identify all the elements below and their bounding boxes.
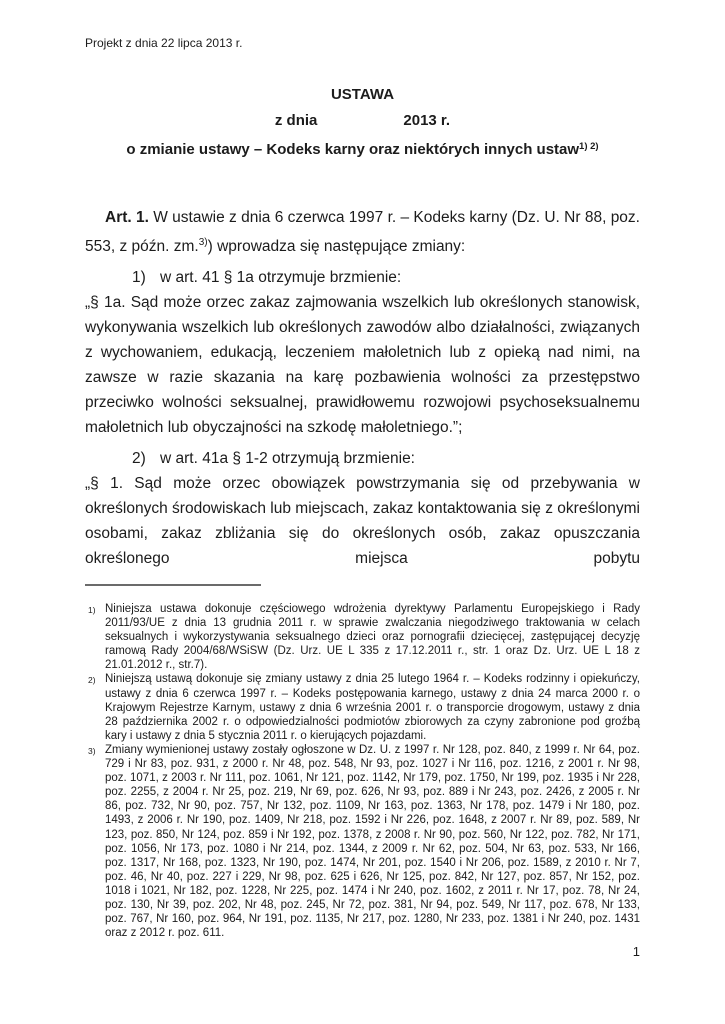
act-date-line: z dnia2013 r. xyxy=(85,108,640,134)
amendment-item-2-number: 2) xyxy=(132,446,160,471)
footnote-2-marker: 2) xyxy=(85,672,105,742)
quoted-provision-par-1a: „§ 1a. Sąd może orzec zakaz zajmowania w… xyxy=(85,290,640,440)
amendment-item-2: 2)w art. 41a § 1-2 otrzymują brzmienie: xyxy=(85,446,640,471)
act-date-prefix: z dnia xyxy=(275,112,318,129)
quoted-provision-par-1: „§ 1. Sąd może orzec obowiązek powstrzym… xyxy=(85,471,640,571)
act-subject-text: o zmianie ustawy – Kodeks karny oraz nie… xyxy=(126,141,579,158)
amendment-item-1-text: w art. 41 § 1a otrzymuje brzmienie: xyxy=(160,269,401,286)
footnote-1: 1) Niniejsza ustawa dokonuje częściowego… xyxy=(85,602,640,672)
amendment-item-2-text: w art. 41a § 1-2 otrzymują brzmienie: xyxy=(160,450,415,467)
footnote-3-marker: 3) xyxy=(85,743,105,940)
page-number: 1 xyxy=(633,944,640,959)
footnote-1-marker: 1) xyxy=(85,602,105,672)
footnote-2-text: Niniejszą ustawą dokonuje się zmiany ust… xyxy=(105,672,640,742)
amendment-item-1-number: 1) xyxy=(132,265,160,290)
act-title-block: USTAWA z dnia2013 r. o zmianie ustawy – … xyxy=(85,82,640,163)
act-date-year: 2013 r. xyxy=(403,112,450,129)
act-title: USTAWA xyxy=(85,82,640,108)
footnotes-section: 1) Niniejsza ustawa dokonuje częściowego… xyxy=(85,602,640,940)
amendment-item-1: 1)w art. 41 § 1a otrzymuje brzmienie: xyxy=(85,265,640,290)
footnote-3: 3) Zmiany wymienionej ustawy zostały ogł… xyxy=(85,743,640,940)
draft-date-note: Projekt z dnia 22 lipca 2013 r. xyxy=(85,36,640,51)
act-subject-footnote-refs: 1) 2) xyxy=(579,141,599,152)
footnote-1-text: Niniejsza ustawa dokonuje częściowego wd… xyxy=(105,602,640,672)
article-1-footnote-ref: 3) xyxy=(199,237,208,248)
footnote-2: 2) Niniejszą ustawą dokonuje się zmiany … xyxy=(85,672,640,742)
footnote-3-text: Zmiany wymienionej ustawy zostały ogłosz… xyxy=(105,743,640,940)
document-page: Projekt z dnia 22 lipca 2013 r. USTAWA z… xyxy=(0,0,725,1024)
article-1-intro: Art. 1. W ustawie z dnia 6 czerwca 1997 … xyxy=(85,205,640,259)
act-body: Art. 1. W ustawie z dnia 6 czerwca 1997 … xyxy=(85,205,640,571)
article-1-label: Art. 1. xyxy=(105,209,149,226)
footnote-separator xyxy=(85,584,261,586)
article-1-text-continued: ) wprowadza się następujące zmiany: xyxy=(208,238,466,255)
act-subject-line: o zmianie ustawy – Kodeks karny oraz nie… xyxy=(85,134,640,163)
